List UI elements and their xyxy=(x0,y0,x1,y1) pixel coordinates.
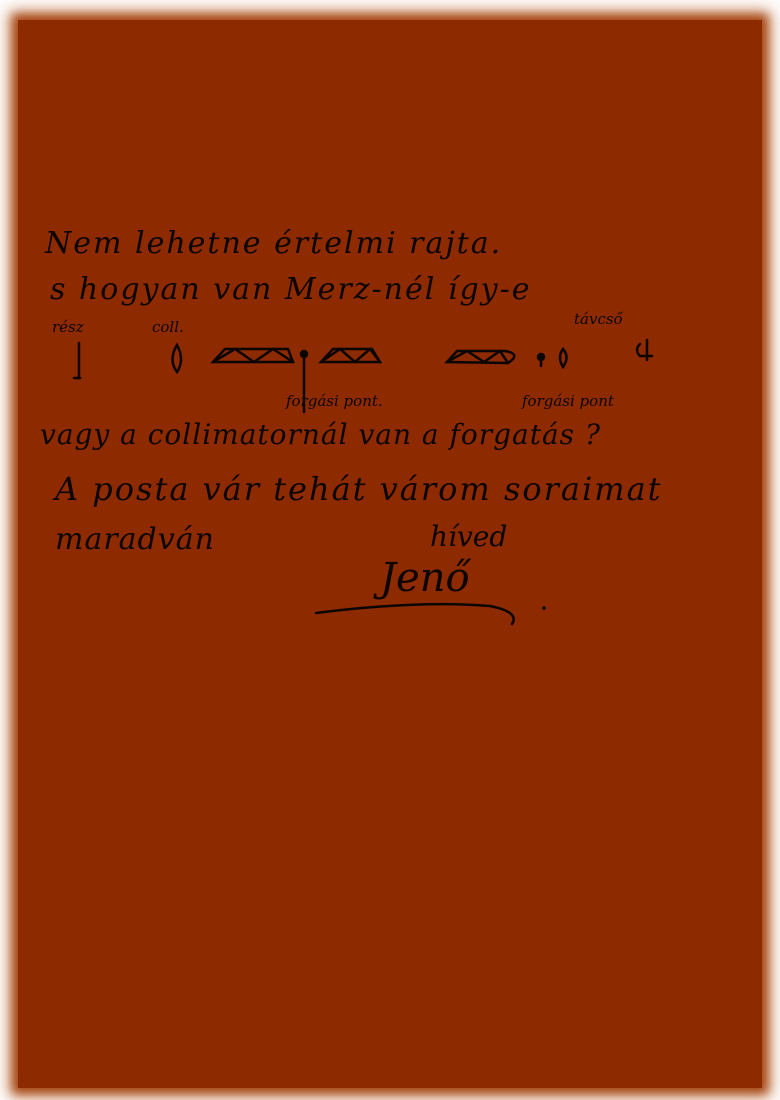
signature-flourish xyxy=(0,0,780,1100)
